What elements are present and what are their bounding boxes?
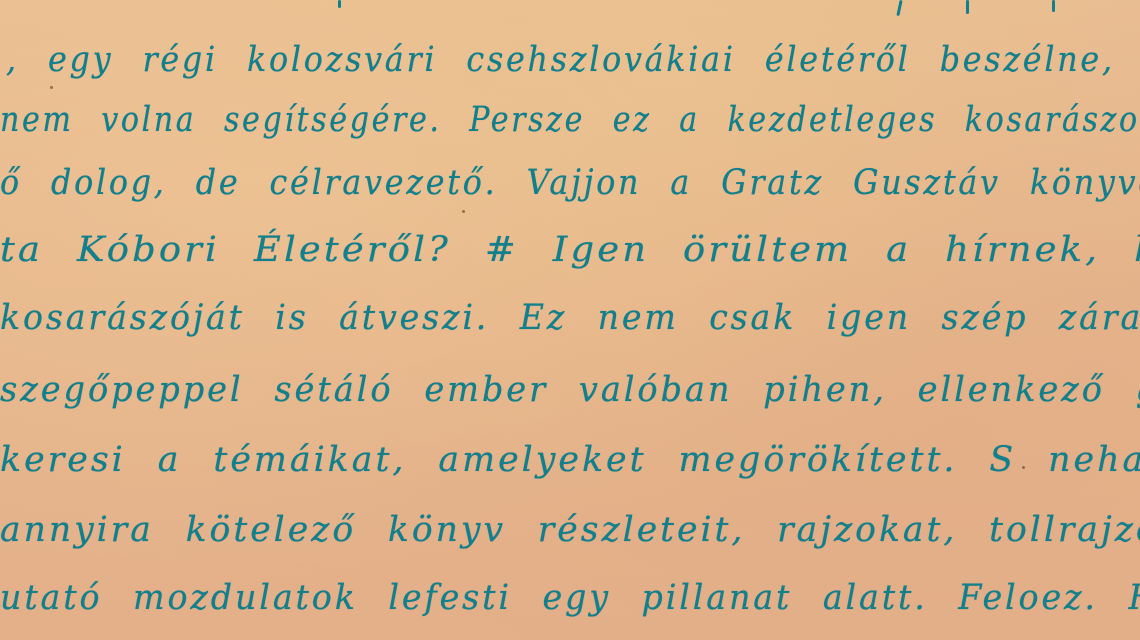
paper-speck: [1022, 466, 1025, 469]
letter-line-7: keresi a témáikat, amelyeket megörökítet…: [0, 440, 1140, 480]
letter-line-4: ta Kóbori Életéről? # Igen örültem a hír…: [0, 230, 1140, 270]
descender-stroke: [896, 0, 902, 16]
descender-stroke: [1052, 0, 1055, 12]
letter-line-3: ő dolog, de célravezető. Vajjon a Gratz …: [0, 163, 1140, 203]
handwritten-letter-page: , egy régi kolozsvári csehszlovákiai éle…: [0, 0, 1140, 640]
paper-speck: [50, 86, 53, 89]
paper-speck: [462, 210, 465, 213]
letter-line-8: annyira kötelező könyv részleteit, rajzo…: [0, 510, 1140, 550]
letter-line-2: nem volna segítségére. Persze ez a kezde…: [0, 100, 1140, 140]
letter-line-6: szegőpeppel sétáló ember valóban pihen, …: [0, 370, 1140, 410]
letter-line-9: utató mozdulatok lefesti egy pillanat al…: [0, 578, 1140, 618]
previous-line-descenders: [0, 0, 1140, 30]
descender-stroke: [338, 0, 341, 8]
descender-stroke: [966, 0, 969, 14]
letter-line-1: , egy régi kolozsvári csehszlovákiai éle…: [6, 40, 1140, 80]
letter-line-5: kosarászóját is átveszi. Ez nem csak ige…: [0, 298, 1140, 338]
